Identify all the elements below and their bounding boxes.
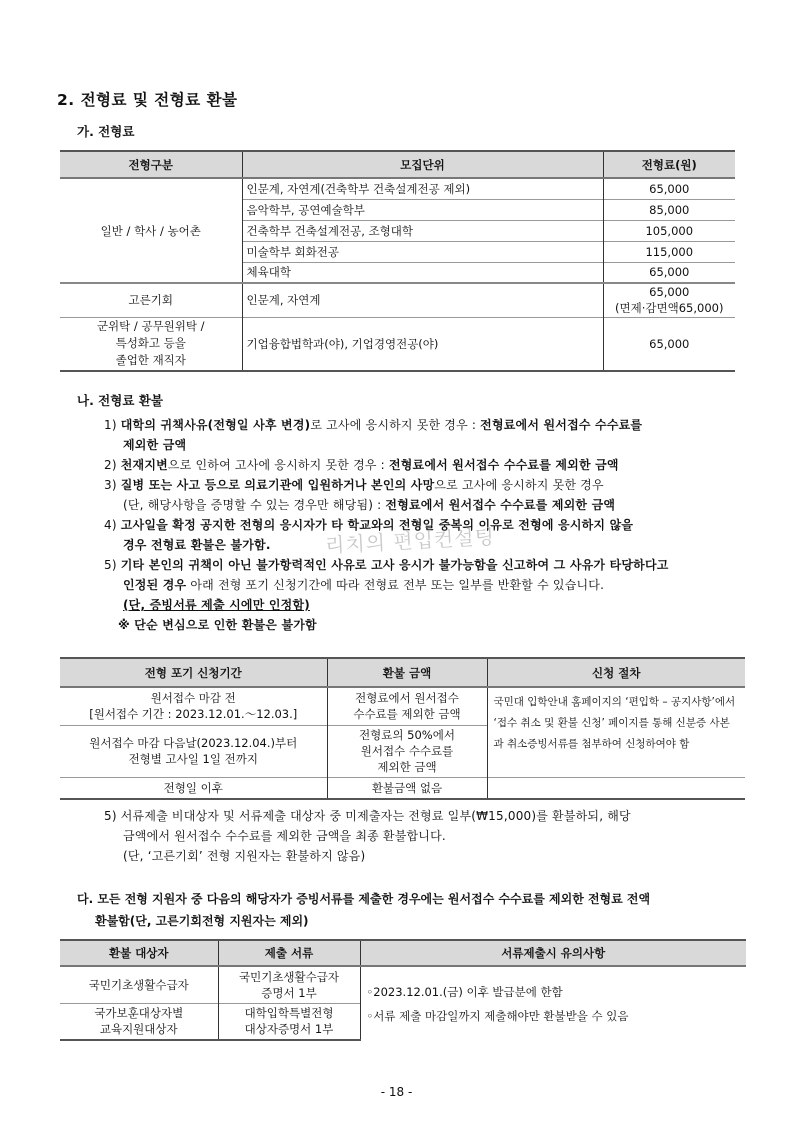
header-amount: 환불 금액 bbox=[327, 658, 487, 687]
unit-cell: 음악학부, 공연예술학부 bbox=[242, 199, 603, 220]
table-row: 원서접수 마감 전 [원서접수 기간 : 2023.12.01.～12.03.]… bbox=[60, 687, 745, 725]
table-row: 국민기초생활수급자 국민기초생활수급자 증명서 1부 ◦2023.12.01.(… bbox=[60, 966, 746, 1003]
header-procedure: 신청 절차 bbox=[487, 658, 745, 687]
subsection-refund-title: 나. 전형료 환불 bbox=[77, 391, 163, 409]
page-number: - 18 - bbox=[0, 1085, 793, 1099]
fee-cell: 65,000 bbox=[603, 178, 735, 199]
header-documents: 제출 서류 bbox=[218, 940, 360, 966]
header-category: 전형구분 bbox=[60, 151, 242, 178]
refund-item-5: 5) 기타 본인의 귀책이 아닌 불가항력적인 사유로 고사 응시가 불가능함을… bbox=[104, 555, 744, 575]
fee-cell: 65,000 bbox=[608, 284, 732, 300]
header-fee: 전형료(원) bbox=[603, 151, 735, 178]
unit-cell: 체육대학 bbox=[242, 262, 603, 283]
subsection-fee-title: 가. 전형료 bbox=[77, 122, 134, 140]
category-line: 군위탁 / 공무원위탁 / bbox=[64, 318, 238, 335]
header-period: 전형 포기 신청기간 bbox=[60, 658, 327, 687]
partial-refund-item: 5) 서류제출 비대상자 및 서류제출 대상자 중 미제출자는 전형료 일부(₩… bbox=[104, 806, 744, 866]
unit-cell: 건축학부 건축설계전공, 조형대학 bbox=[242, 220, 603, 241]
header-unit: 모집단위 bbox=[242, 151, 603, 178]
refund-item-1: 1) 대학의 귀책사유(전형일 사후 변경)로 고사에 응시하지 못한 경우 :… bbox=[104, 415, 744, 435]
table-row: 일반 / 학사 / 농어촌 인문계, 자연계(건축학부 건축설계전공 제외) 6… bbox=[60, 178, 735, 199]
table-row: 전형일 이후 환불금액 없음 bbox=[60, 777, 745, 799]
no-refund-note: ※ 단순 변심으로 인한 환불은 불가함 bbox=[104, 615, 744, 635]
fee-cell: 65,000 bbox=[603, 262, 735, 283]
table-row: 고른기회 인문계, 자연계 65,000 (면제·감면액65,000) bbox=[60, 283, 735, 317]
fee-cell: 65,000 bbox=[603, 317, 735, 371]
document-table: 환불 대상자 제출 서류 서류제출시 유의사항 국민기초생활수급자 국민기초생활… bbox=[60, 939, 746, 1041]
notes-cell: ◦2023.12.01.(금) 이후 발급분에 한함 ◦서류 제출 마감일까지 … bbox=[360, 966, 746, 1040]
fee-table: 전형구분 모집단위 전형료(원) 일반 / 학사 / 농어촌 인문계, 자연계(… bbox=[60, 150, 735, 372]
fee-cell: 105,000 bbox=[603, 220, 735, 241]
fee-cell: 85,000 bbox=[603, 199, 735, 220]
fee-cell: 115,000 bbox=[603, 241, 735, 262]
unit-cell: 기업융합법학과(야), 기업경영전공(야) bbox=[242, 317, 603, 371]
section-title: 2. 전형료 및 전형료 환불 bbox=[57, 88, 238, 110]
category-cell: 일반 / 학사 / 농어촌 bbox=[60, 178, 242, 283]
unit-cell: 미술학부 회화전공 bbox=[242, 241, 603, 262]
table-row: 군위탁 / 공무원위탁 / 특성화고 등을 졸업한 재직자 기업융합법학과(야)… bbox=[60, 317, 735, 371]
refund-item-2: 2) 천재지변으로 인하여 고사에 응시하지 못한 경우 : 전형료에서 원서접… bbox=[104, 455, 744, 475]
refund-item-3: 3) 질병 또는 사고 등으로 의료기관에 입원하거나 본인의 사망으로 고사에… bbox=[104, 475, 744, 495]
header-target: 환불 대상자 bbox=[60, 940, 218, 966]
fee-note: (면제·감면액65,000) bbox=[608, 300, 732, 316]
unit-cell: 인문계, 자연계(건축학부 건축설계전공 제외) bbox=[242, 178, 603, 199]
category-cell: 고른기회 bbox=[60, 283, 242, 317]
category-line: 특성화고 등을 bbox=[64, 335, 238, 352]
unit-cell: 인문계, 자연계 bbox=[242, 283, 603, 317]
procedure-cell: 국민대 입학안내 홈페이지의 ‘편입학 – 공지사항’에서 ‘접수 취소 및 환… bbox=[487, 687, 745, 777]
evidence-required-note: (단, 증빙서류 제출 시에만 인정함) bbox=[123, 598, 310, 612]
subsection-full-refund-title: 다. 모든 전형 지원자 중 다음의 해당자가 증빙서류를 제출한 경우에는 원… bbox=[77, 888, 742, 932]
withdrawal-table: 전형 포기 신청기간 환불 금액 신청 절차 원서접수 마감 전 [원서접수 기… bbox=[60, 657, 745, 800]
header-notes: 서류제출시 유의사항 bbox=[360, 940, 746, 966]
category-line: 졸업한 재직자 bbox=[64, 352, 238, 369]
